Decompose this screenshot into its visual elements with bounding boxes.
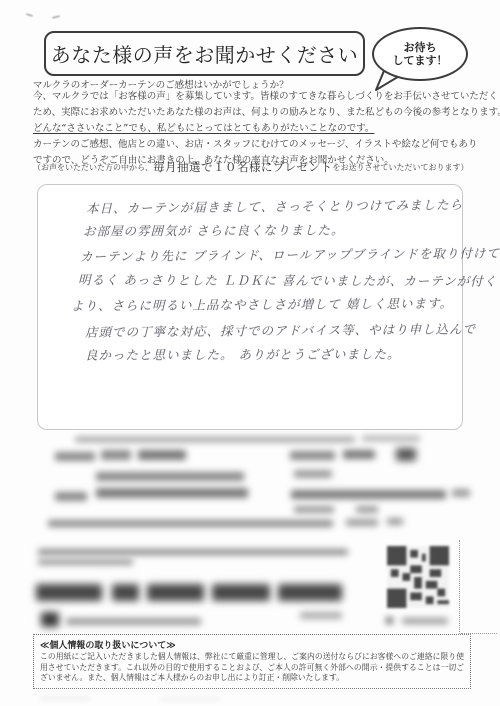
redacted-mark (346, 519, 378, 526)
intro-p1-l1: 今、マルクラでは「お客様の声」を募集しています。皆様のすてきな暮らしづくりをお手… (33, 89, 500, 105)
redacted-mark (101, 450, 131, 460)
page-title: あなた様の声をお聞かせください (44, 31, 365, 76)
redacted-mark (96, 472, 244, 481)
bubble-text-1: お待ち (404, 41, 437, 54)
redacted-mark (290, 451, 335, 460)
redacted-mark (75, 437, 355, 442)
intro-p1-l2: ため、実際にお求めいただいたあなた様のお声は、何よりの励みとなり、また私どもの今… (33, 105, 500, 121)
redacted-mark (55, 492, 87, 501)
handwritten-line: 良かったと思いました。 ありがとうございました。 (85, 344, 401, 363)
redacted-mark (66, 618, 201, 625)
redacted-mark (452, 489, 470, 497)
qr-code (386, 546, 450, 608)
handwritten-line: カーテンより先に ブラインド、ロールアップブラインドを取り付けていただいて (80, 243, 500, 265)
handwritten-line: より、さらに明るい上品なやさしさが増して 嬉しく思います。 (71, 294, 453, 315)
redacted-phone-number (147, 584, 204, 601)
redacted-phone-number (212, 584, 270, 601)
redacted-mark (291, 490, 446, 499)
page-title-text: あなた様の声をお聞かせください (51, 39, 359, 68)
privacy-body: この用紙にご記入いただきました個人情報は、弊社にて厳重に管理し、ご案内の送付なら… (40, 652, 464, 684)
redacted-phone-number (278, 584, 342, 601)
redacted-mark (300, 612, 342, 619)
scan-artifact (26, 13, 33, 17)
scan-artifact (52, 15, 60, 19)
scan-artifact (160, 698, 220, 701)
privacy-notice: ≪個人情報の取り扱いについて≫ この用紙にご記入いただきました個人情報は、弊社に… (33, 634, 471, 689)
intro-paragraph-1: 今、マルクラでは「お客様の声」を募集しています。皆様のすてきな暮らしづくりをお手… (33, 89, 500, 137)
redacted-mark (55, 452, 95, 461)
privacy-title: ≪個人情報の取り扱いについて≫ (40, 638, 464, 651)
handwritten-line: 明るく あっさりとした ＬＤＫに 喜んでいましたが、カーテンが付くことに (78, 270, 500, 290)
redacted-mark (294, 470, 332, 478)
redacted-mark (386, 617, 393, 624)
redacted-mark (96, 488, 248, 498)
bubble-text-2: してます！ (393, 54, 448, 67)
handwritten-line: 店頭での丁寧な対応、採寸でのアドバイス等、やはり申し込んで (85, 319, 476, 340)
redacted-phone-number (36, 584, 102, 601)
prize-suffix: をお送りさせていただいております） (333, 162, 469, 173)
prize-prefix: （お声をいただいた方の中から、 (33, 162, 153, 173)
intro-p2-l1: カーテンのご感想、他店との違い、お店・スタッフにむけてのメッセージ、イラストや絵… (33, 137, 477, 153)
scanned-feedback-form: あなた様の声をお聞かせください お待ち してます！ マルクラのオーダーカーテンの… (0, 0, 500, 706)
speech-bubble: お待ち してます！ (372, 27, 468, 81)
comment-writing-area[interactable]: 本日、カーテンが届きまして、さっそくとりつけてみましたら お部屋の雰囲気が さら… (37, 184, 463, 430)
redacted-mark (138, 450, 186, 460)
redacted-mark (38, 559, 133, 565)
redacted-mark (387, 518, 403, 525)
redacted-mark (362, 436, 420, 441)
redacted-mark (294, 506, 334, 513)
intro-p1-l3-underlined: どんな“ささいなこと”でも、私どもにとってはとてもありがたいことなのです。 (33, 121, 500, 137)
redacted-mark (402, 618, 448, 624)
redacted-phone-number (112, 584, 139, 601)
cut-line-vertical (459, 540, 460, 634)
prize-note: （お声をいただいた方の中から、 毎月抽選で１０名様にプレゼント をお送りさせてい… (33, 159, 469, 175)
handwritten-line: お部屋の雰囲気が さらに良くなりました。 (83, 220, 345, 239)
redacted-mark (48, 520, 333, 527)
scan-artifact (40, 697, 90, 700)
handwritten-line: 本日、カーテンが届きまして、さっそくとりつけてみましたら (86, 195, 463, 217)
redacted-mark (396, 448, 416, 461)
redacted-mark (343, 450, 375, 459)
redacted-mark (38, 549, 348, 555)
redacted-logo (41, 612, 59, 627)
redacted-mark (356, 506, 378, 513)
prize-highlight: 毎月抽選で１０名様にプレゼント (153, 159, 333, 175)
